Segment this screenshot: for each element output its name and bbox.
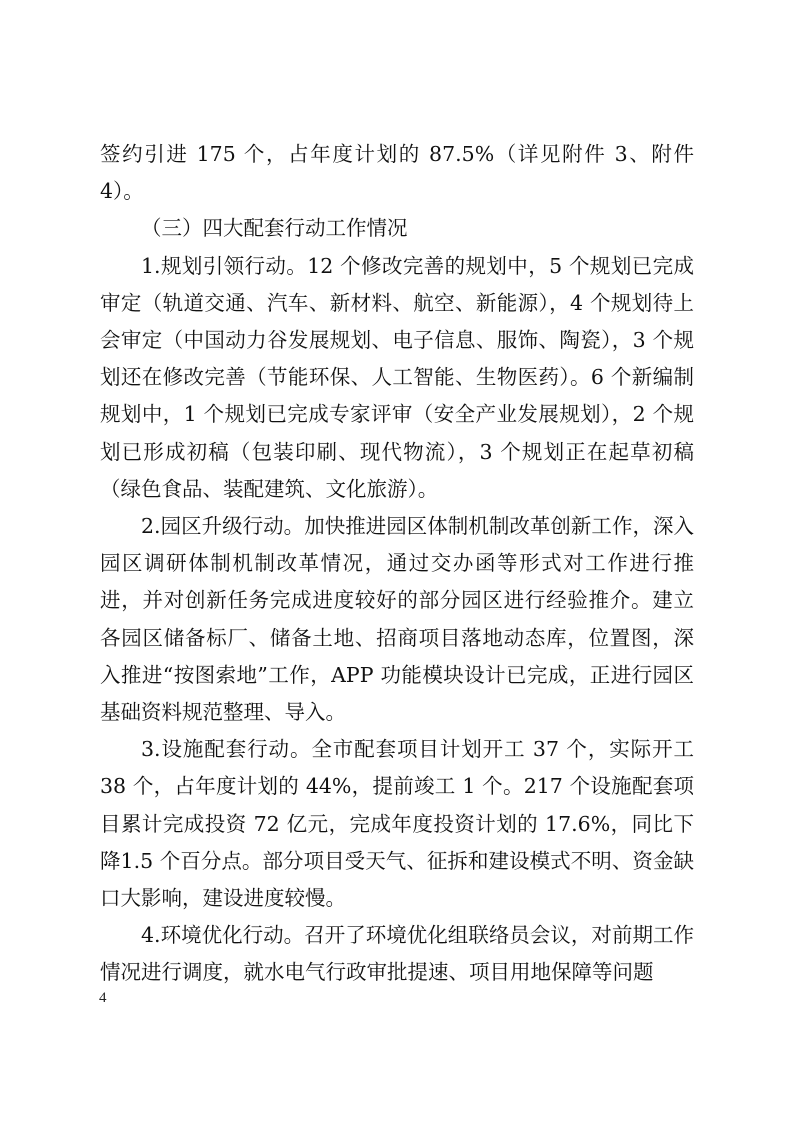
paragraph-planning-action: 1.规划引领行动。12 个修改完善的规划中，5 个规划已完成审定（轨道交通、汽车… (100, 248, 694, 508)
paragraph-park-upgrade-action: 2.园区升级行动。加快推进园区体制机制改革创新工作，深入园区调研体制机制改革情况… (100, 508, 694, 731)
section-heading: （三）四大配套行动工作情况 (100, 210, 694, 247)
paragraph-facility-action: 3.设施配套行动。全市配套项目计划开工 37 个，实际开工38 个，占年度计划的… (100, 731, 694, 917)
page-number: 4 (99, 990, 107, 1007)
paragraph-environment-action: 4.环境优化行动。召开了环境优化组联络员会议，对前期工作情况进行调度，就水电气行… (100, 917, 694, 991)
paragraph-continuation: 签约引进 175 个，占年度计划的 87.5%（详见附件 3、附件 4）。 (100, 136, 694, 210)
document-page: 签约引进 175 个，占年度计划的 87.5%（详见附件 3、附件 4）。 （三… (100, 136, 694, 992)
